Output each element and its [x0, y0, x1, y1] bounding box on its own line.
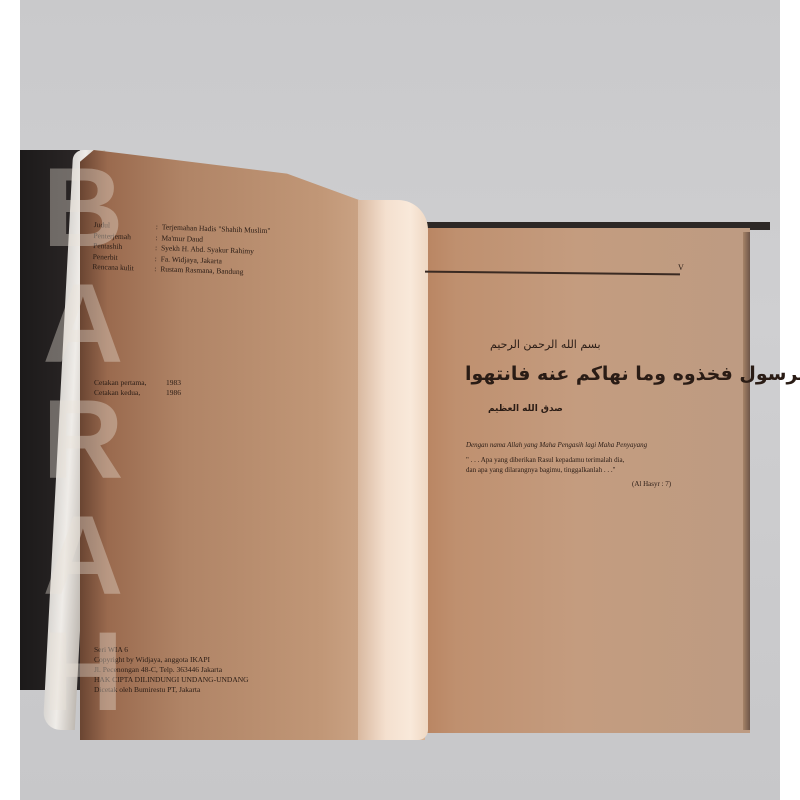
- right-page: [405, 228, 750, 733]
- verse-arabic: وما آتاكم الرسول فخذوه وما نهاكم عنه فان…: [465, 363, 800, 385]
- watermark: B A R A H: [38, 150, 128, 730]
- verse-translation: " . . . Apa yang diberikan Rasul kepadam…: [466, 455, 624, 475]
- quote-line: " . . . Apa yang diberikan Rasul kepadam…: [466, 455, 624, 465]
- left-page-curl: [358, 200, 428, 740]
- page-number: V: [678, 263, 684, 272]
- right-page-shadow-edge: [743, 232, 750, 730]
- watermark-letter: A: [43, 498, 124, 614]
- watermark-letter: B: [43, 150, 124, 266]
- basmala-arabic: بسم الله الرحمن الرحيم: [490, 338, 601, 351]
- watermark-letter: R: [43, 382, 124, 498]
- watermark-letter: H: [43, 614, 124, 730]
- watermark-letter: A: [43, 266, 124, 382]
- quote-line: dan apa yang dilarangnya bagimu, tinggal…: [466, 465, 624, 475]
- verse-source: (Al Hasyr : 7): [632, 480, 671, 488]
- closing-arabic: صدق الله العظيم: [488, 404, 563, 414]
- translation-heading: Dengan nama Allah yang Maha Pengasih lag…: [466, 441, 647, 449]
